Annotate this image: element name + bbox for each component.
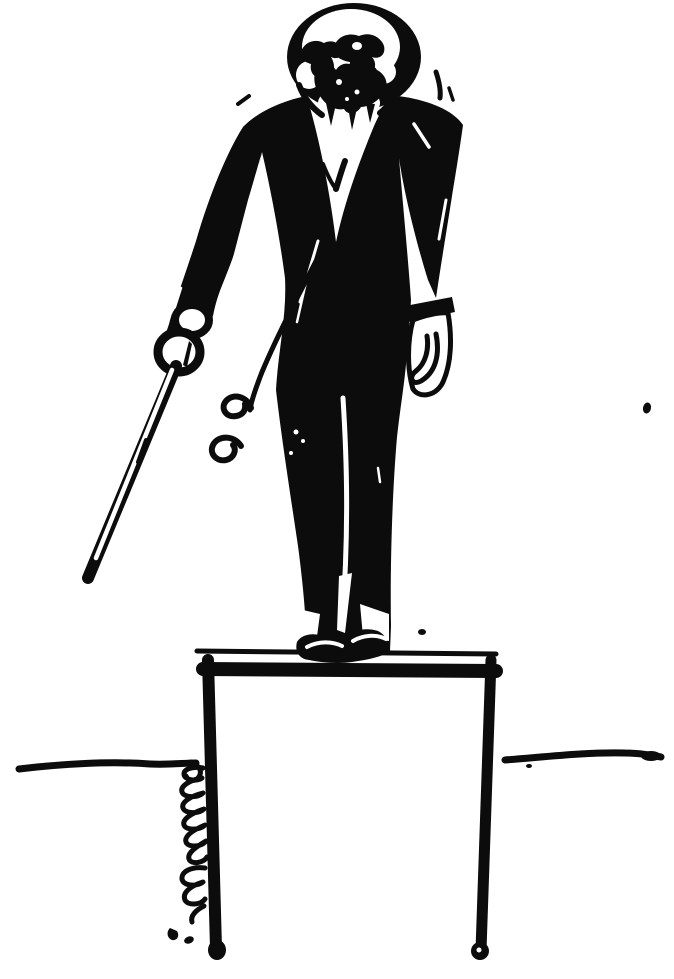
signature-dot-mark xyxy=(183,935,195,945)
floor-lines: Floor lines beside the podium xyxy=(19,751,661,780)
face-fleck xyxy=(355,90,360,95)
right-hair-tick xyxy=(436,72,440,98)
floor-line-right-end-blob xyxy=(641,751,661,761)
left-shoulder-tick xyxy=(238,96,249,104)
podium-right-foot-highlight xyxy=(477,948,482,953)
pince-nez-curl-upper xyxy=(224,397,251,417)
face-fleck xyxy=(336,79,342,85)
drawing-canvas: Black-and-white pen-and-ink caricature o… xyxy=(0,0,674,979)
right-hand: Relaxed hanging right hand xyxy=(405,297,455,395)
face-fleck xyxy=(345,97,349,101)
chest-slit xyxy=(268,208,276,258)
signature-lower-squiggle xyxy=(182,868,205,904)
hip-fleck xyxy=(301,439,305,443)
baton-and-fist: Baton pointed downward to the left xyxy=(88,305,209,578)
eye-highlight xyxy=(352,42,362,50)
podium: Tall rectangular podium xyxy=(197,651,496,960)
podium-top-band xyxy=(203,669,496,671)
ink-fleck xyxy=(526,764,532,768)
podium-right-edge xyxy=(481,660,491,950)
signature-comma-mark xyxy=(168,928,179,940)
podium-left-edge-foot xyxy=(208,940,226,960)
floor-line-left xyxy=(19,763,196,769)
pince-nez-curl-lower xyxy=(212,438,241,461)
ink-fleck xyxy=(418,629,426,635)
signature-tail xyxy=(192,906,204,922)
ink-blot: Stray ink blot xyxy=(642,402,652,414)
conductor-figure: Caricatured conductor figure in black ta… xyxy=(88,3,463,663)
artist-signature: Illegible vertical artist signature xyxy=(168,767,207,945)
hip-fleck xyxy=(294,430,299,435)
right-hair-tick xyxy=(449,88,453,100)
signature-upper-squiggle xyxy=(182,767,207,862)
floor-line-right xyxy=(505,753,661,760)
right-shoe xyxy=(346,629,387,656)
hip-fleck xyxy=(289,451,293,455)
podium-left-edge xyxy=(208,660,216,948)
baton-shaft-inner-highlight xyxy=(96,370,172,558)
ink-caricature-drawing: Black-and-white pen-and-ink caricature o… xyxy=(0,0,674,979)
